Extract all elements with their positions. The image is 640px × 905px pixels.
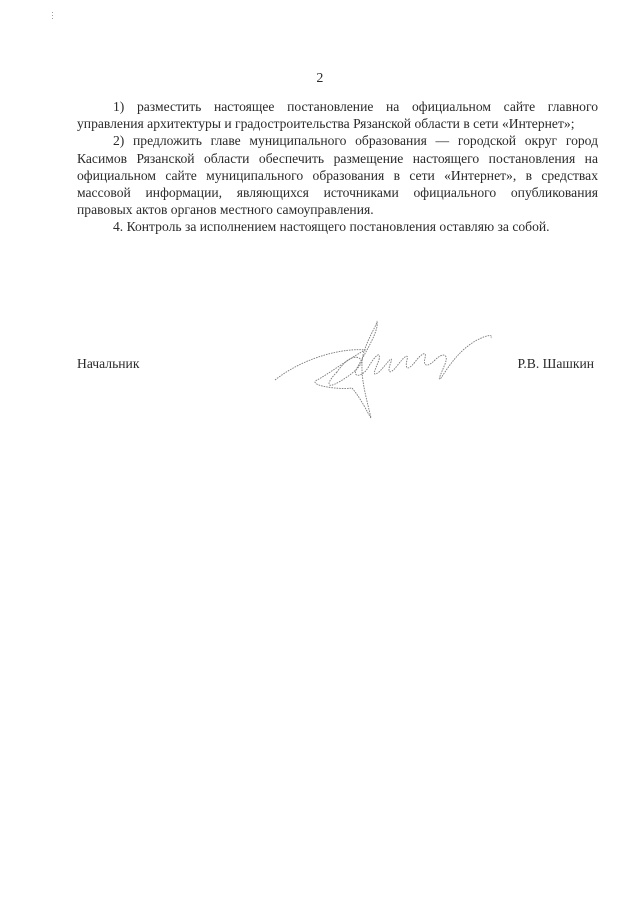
signer-position: Начальник bbox=[77, 356, 139, 372]
signer-name: Р.В. Шашкин bbox=[518, 356, 595, 372]
scan-artifact bbox=[52, 12, 54, 22]
handwritten-signature-icon bbox=[267, 320, 497, 430]
paragraph-control: 4. Контроль за исполнением настоящего по… bbox=[77, 218, 598, 235]
paragraph-publish-site: 1) разместить настоящее постановление на… bbox=[77, 98, 598, 132]
paragraph-propose-head: 2) предложить главе муниципального образ… bbox=[77, 132, 598, 218]
page-number: 2 bbox=[0, 71, 640, 87]
signature-block: Начальник Р.В. Шашкин bbox=[77, 346, 598, 426]
document-body: 1) разместить настоящее постановление на… bbox=[77, 98, 598, 236]
